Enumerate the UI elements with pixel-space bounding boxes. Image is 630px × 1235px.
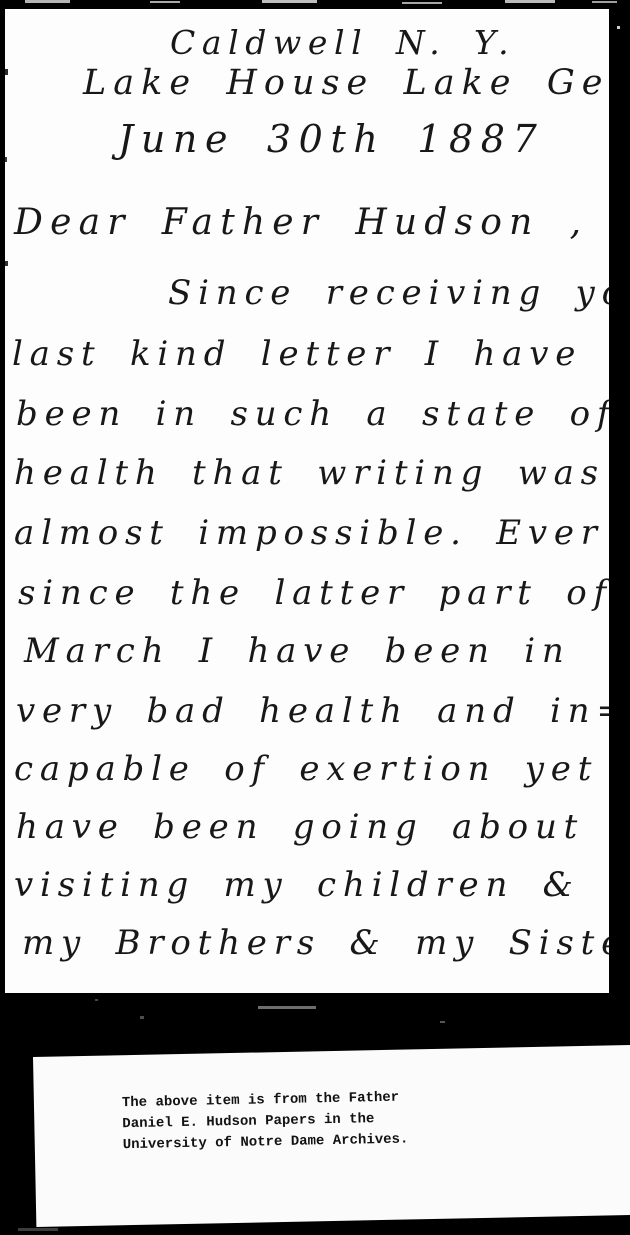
letter-date: June 30th 1887 [118,117,544,161]
scan-artifact [402,2,442,4]
scan-artifact [258,1006,316,1009]
scan-artifact [5,261,8,266]
letter-body-line: last kind letter I have [12,334,582,374]
scanned-letter-image: Caldwell N. Y. Lake House Lake George Ju… [0,0,630,1235]
letter-body-line: capable of exertion yet I [14,749,609,789]
letter-place: Caldwell N. Y. [170,23,515,62]
scan-artifact [262,0,317,3]
letter-body-line: my Brothers & my Sister. [22,923,609,963]
archive-note-line: University of Notre Dame Archives. [123,1129,409,1156]
scan-artifact [617,26,620,29]
letter-body-line: visiting my children & [14,865,580,905]
scan-artifact [150,1,180,3]
letter-body-line: health that writing was [14,453,605,493]
letter-body-line: been in such a state of [16,394,609,434]
scan-artifact [25,0,70,3]
archive-note-text: The above item is from the Father Daniel… [122,1087,409,1156]
letter-body-line: Since receiving your [168,273,609,313]
letter-body-line: have been going about [16,807,584,847]
scan-artifact [95,999,98,1001]
letter-salutation: Dear Father Hudson , [14,202,588,243]
letter-paper: Caldwell N. Y. Lake House Lake George Ju… [5,9,609,993]
scan-artifact [592,1,617,3]
scan-artifact [505,0,555,3]
scan-artifact [5,69,8,75]
letter-address: Lake House Lake George [83,63,609,103]
letter-body-line: almost impossible. Ever [14,513,604,553]
letter-body-line: very bad health and in= [16,691,609,731]
scan-artifact [5,157,7,162]
archive-note-card: The above item is from the Father Daniel… [33,1045,630,1227]
scan-artifact [18,1228,58,1231]
letter-body-line: since the latter part of [18,573,609,613]
scan-artifact [440,1021,445,1023]
letter-body-line: March I have been in [24,631,571,671]
scan-artifact [140,1016,144,1019]
